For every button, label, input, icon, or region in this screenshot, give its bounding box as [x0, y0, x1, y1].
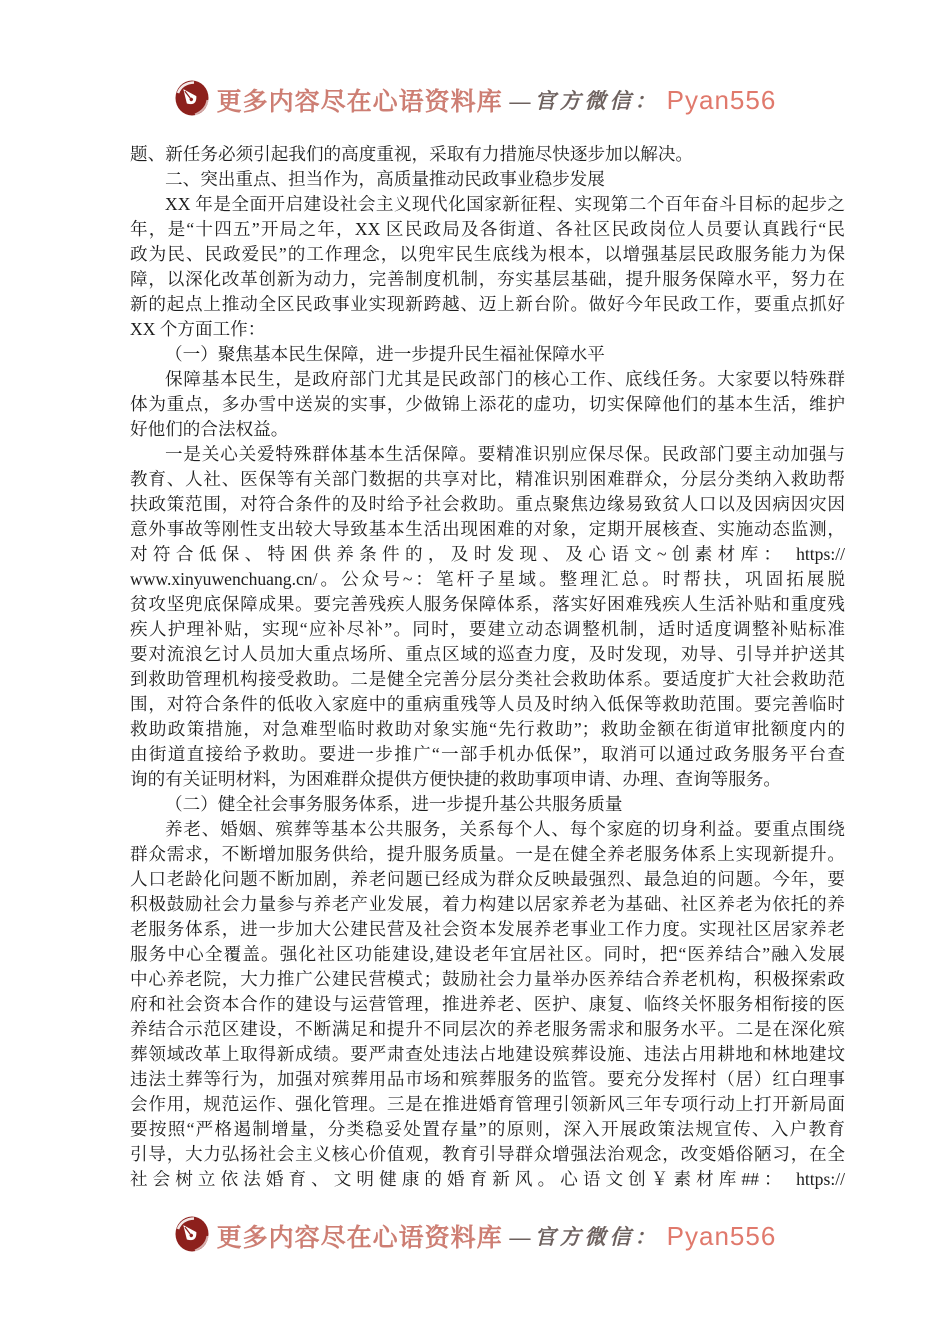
text-line: 到救助管理机构接受救助。二是健全完善分层分类社会救助体系。要适度扩大社会救助范 [130, 667, 845, 692]
text-line: 服务中心全覆盖。强化社区功能建设,建设老年宜居社区。同时，把“医养结合”融入发展 [130, 942, 845, 967]
text-line: 救助政策措施，对急难型临时救助对象实施“先行救助”；救助金额在街道审批额度内的 [130, 717, 845, 742]
text-line: 意外事故等刚性支出较大导致基本生活出现困难的对象，定期开展核查、实施动态监测， [130, 517, 845, 542]
text-line: XX 个方面工作： [130, 317, 845, 342]
text-line: 保障基本民生，是政府部门尤其是民政部门的核心工作、底线任务。大家要以特殊群 [130, 367, 845, 392]
page: { "watermark": { "logo": "pen-nib-seal-l… [0, 0, 950, 1344]
text-line: 好他们的合法权益。 [130, 417, 845, 442]
text-line: 群众需求，不断增加服务供给，提升服务质量。一是在健全养老服务体系上实现新提升。 [130, 842, 845, 867]
watermark-text: 更多内容尽在心语资料库 [217, 1218, 503, 1254]
pen-nib-logo-icon [174, 79, 210, 122]
watermark-script-text: —官方微信： [510, 1221, 660, 1251]
text-line: 积极鼓励社会力量参与养老产业发展，着力构建以居家养老为基础、社区养老为依托的养 [130, 892, 845, 917]
text-line: （一）聚焦基本民生保障，进一步提升民生福祉保障水平 [130, 342, 845, 367]
text-line: 年，是“十四五”开局之年，XX 区民政局及各街道、各社区民政岗位人员要认真践行“… [130, 217, 845, 242]
wechat-id: Pyan556 [667, 85, 777, 116]
text-line: 新的起点上推动全区民政事业实现新跨越、迈上新台阶。做好今年民政工作，要重点抓好 [130, 292, 845, 317]
text-line: 府和社会资本合作的建设与运营管理，推进养老、医护、康复、临终关怀服务相衔接的医 [130, 992, 845, 1017]
text-line: www.xinyuwenchuang.cn/。公众号~：笔杆子星域。整理汇总。时… [130, 567, 845, 592]
watermark-script-text: —官方微信： [510, 85, 660, 115]
text-line: 要对流浪乞讨人员加大重点场所、重点区域的巡查力度，及时发现，劝导、引导并护送其 [130, 642, 845, 667]
text-line: XX 年是全面开启建设社会主义现代化国家新征程、实现第二个百年奋斗目标的起步之 [130, 192, 845, 217]
text-line: 社会树立依法婚育、文明健康的婚育新风。心语文创￥素材库##： https:// [130, 1167, 845, 1192]
text-line: 引导，大力弘扬社会主义核心价值观，教育引导群众增强法治观念，改变婚俗陋习，在全 [130, 1142, 845, 1167]
watermark-text: 更多内容尽在心语资料库 [217, 82, 503, 118]
text-line: 对符合低保、特困供养条件的，及时发现、及心语文~创素材库： https:// [130, 542, 845, 567]
text-line: 老服务体系，进一步加大公建民营及社会资本发展养老事业工作力度。实现社区居家养老 [130, 917, 845, 942]
text-line: 围，对符合条件的低收入家庭中的重病重残等人员及时纳入低保等救助范围。要完善临时 [130, 692, 845, 717]
text-line: 二、突出重点、担当作为，高质量推动民政事业稳步发展 [130, 167, 845, 192]
text-line: 会作用，规范运作、强化管理。三是在推进婚育管理引领新风三年专项行动上打开新局面 [130, 1092, 845, 1117]
text-line: 中心养老院，大力推广公建民营模式；鼓励社会力量举办医养结合养老机构，积极探索政 [130, 967, 845, 992]
footer-watermark: 更多内容尽在心语资料库—官方微信：Pyan556 [0, 1210, 950, 1262]
text-line: 养结合示范区建设，不断满足和提升不同层次的养老服务需求和服务水平。二是在深化殡 [130, 1017, 845, 1042]
text-line: 询的有关证明材料，为困难群众提供方便快捷的救助事项申请、办理、查询等服务。 [130, 767, 845, 792]
text-line: 贫攻坚兜底保障成果。要完善残疾人服务保障体系，落实好困难残疾人生活补贴和重度残 [130, 592, 845, 617]
text-line: 葬领域改革上取得新成绩。要严肃查处违法占地建设殡葬设施、违法占用耕地和林地建坟 [130, 1042, 845, 1067]
text-line: 疾人护理补贴，实现“应补尽补”。同时，要建立动态调整机制，适时适度调整补贴标准 [130, 617, 845, 642]
text-line: （二）健全社会事务服务体系，进一步提升基公共服务质量 [130, 792, 845, 817]
wechat-id: Pyan556 [667, 1221, 777, 1252]
document-body: 题、新任务必须引起我们的高度重视，采取有力措施尽快逐步加以解决。二、突出重点、担… [130, 142, 845, 1192]
text-line: 题、新任务必须引起我们的高度重视，采取有力措施尽快逐步加以解决。 [130, 142, 845, 167]
text-line: 体为重点，多办雪中送炭的实事，少做锦上添花的虚功，切实保障他们的基本生活，维护 [130, 392, 845, 417]
text-line: 政为民、民政爱民”的工作理念，以兜牢民生底线为根本，以增强基层民政服务能力为保 [130, 242, 845, 267]
text-line: 扶政策范围，对符合条件的及时给予社会救助。重点聚焦边缘易致贫人口以及因病因灾因 [130, 492, 845, 517]
text-line: 违法土葬等行为，加强对殡葬用品市场和殡葬服务的监管。要充分发挥村（居）红白理事 [130, 1067, 845, 1092]
text-line: 养老、婚姻、殡葬等基本公共服务，关系每个人、每个家庭的切身利益。要重点围绕 [130, 817, 845, 842]
text-line: 人口老龄化问题不断加剧，养老问题已经成为群众反映最强烈、最急迫的问题。今年，要 [130, 867, 845, 892]
pen-nib-logo-icon [174, 1215, 210, 1258]
header-watermark: 更多内容尽在心语资料库—官方微信：Pyan556 [0, 74, 950, 126]
text-line: 要按照“严格遏制增量，分类稳妥处置存量”的原则，深入开展政策法规宣传、入户教育 [130, 1117, 845, 1142]
text-line: 一是关心关爱特殊群体基本生活保障。要精准识别应保尽保。民政部门要主动加强与 [130, 442, 845, 467]
text-line: 教育、人社、医保等有关部门数据的共享对比，精准识别困难群众，分层分类纳入救助帮 [130, 467, 845, 492]
text-line: 由街道直接给予救助。要进一步推广“一部手机办低保”，取消可以通过政务服务平台查 [130, 742, 845, 767]
text-line: 障，以深化改革创新为动力，完善制度机制，夯实基层基础，提升服务保障水平，努力在 [130, 267, 845, 292]
